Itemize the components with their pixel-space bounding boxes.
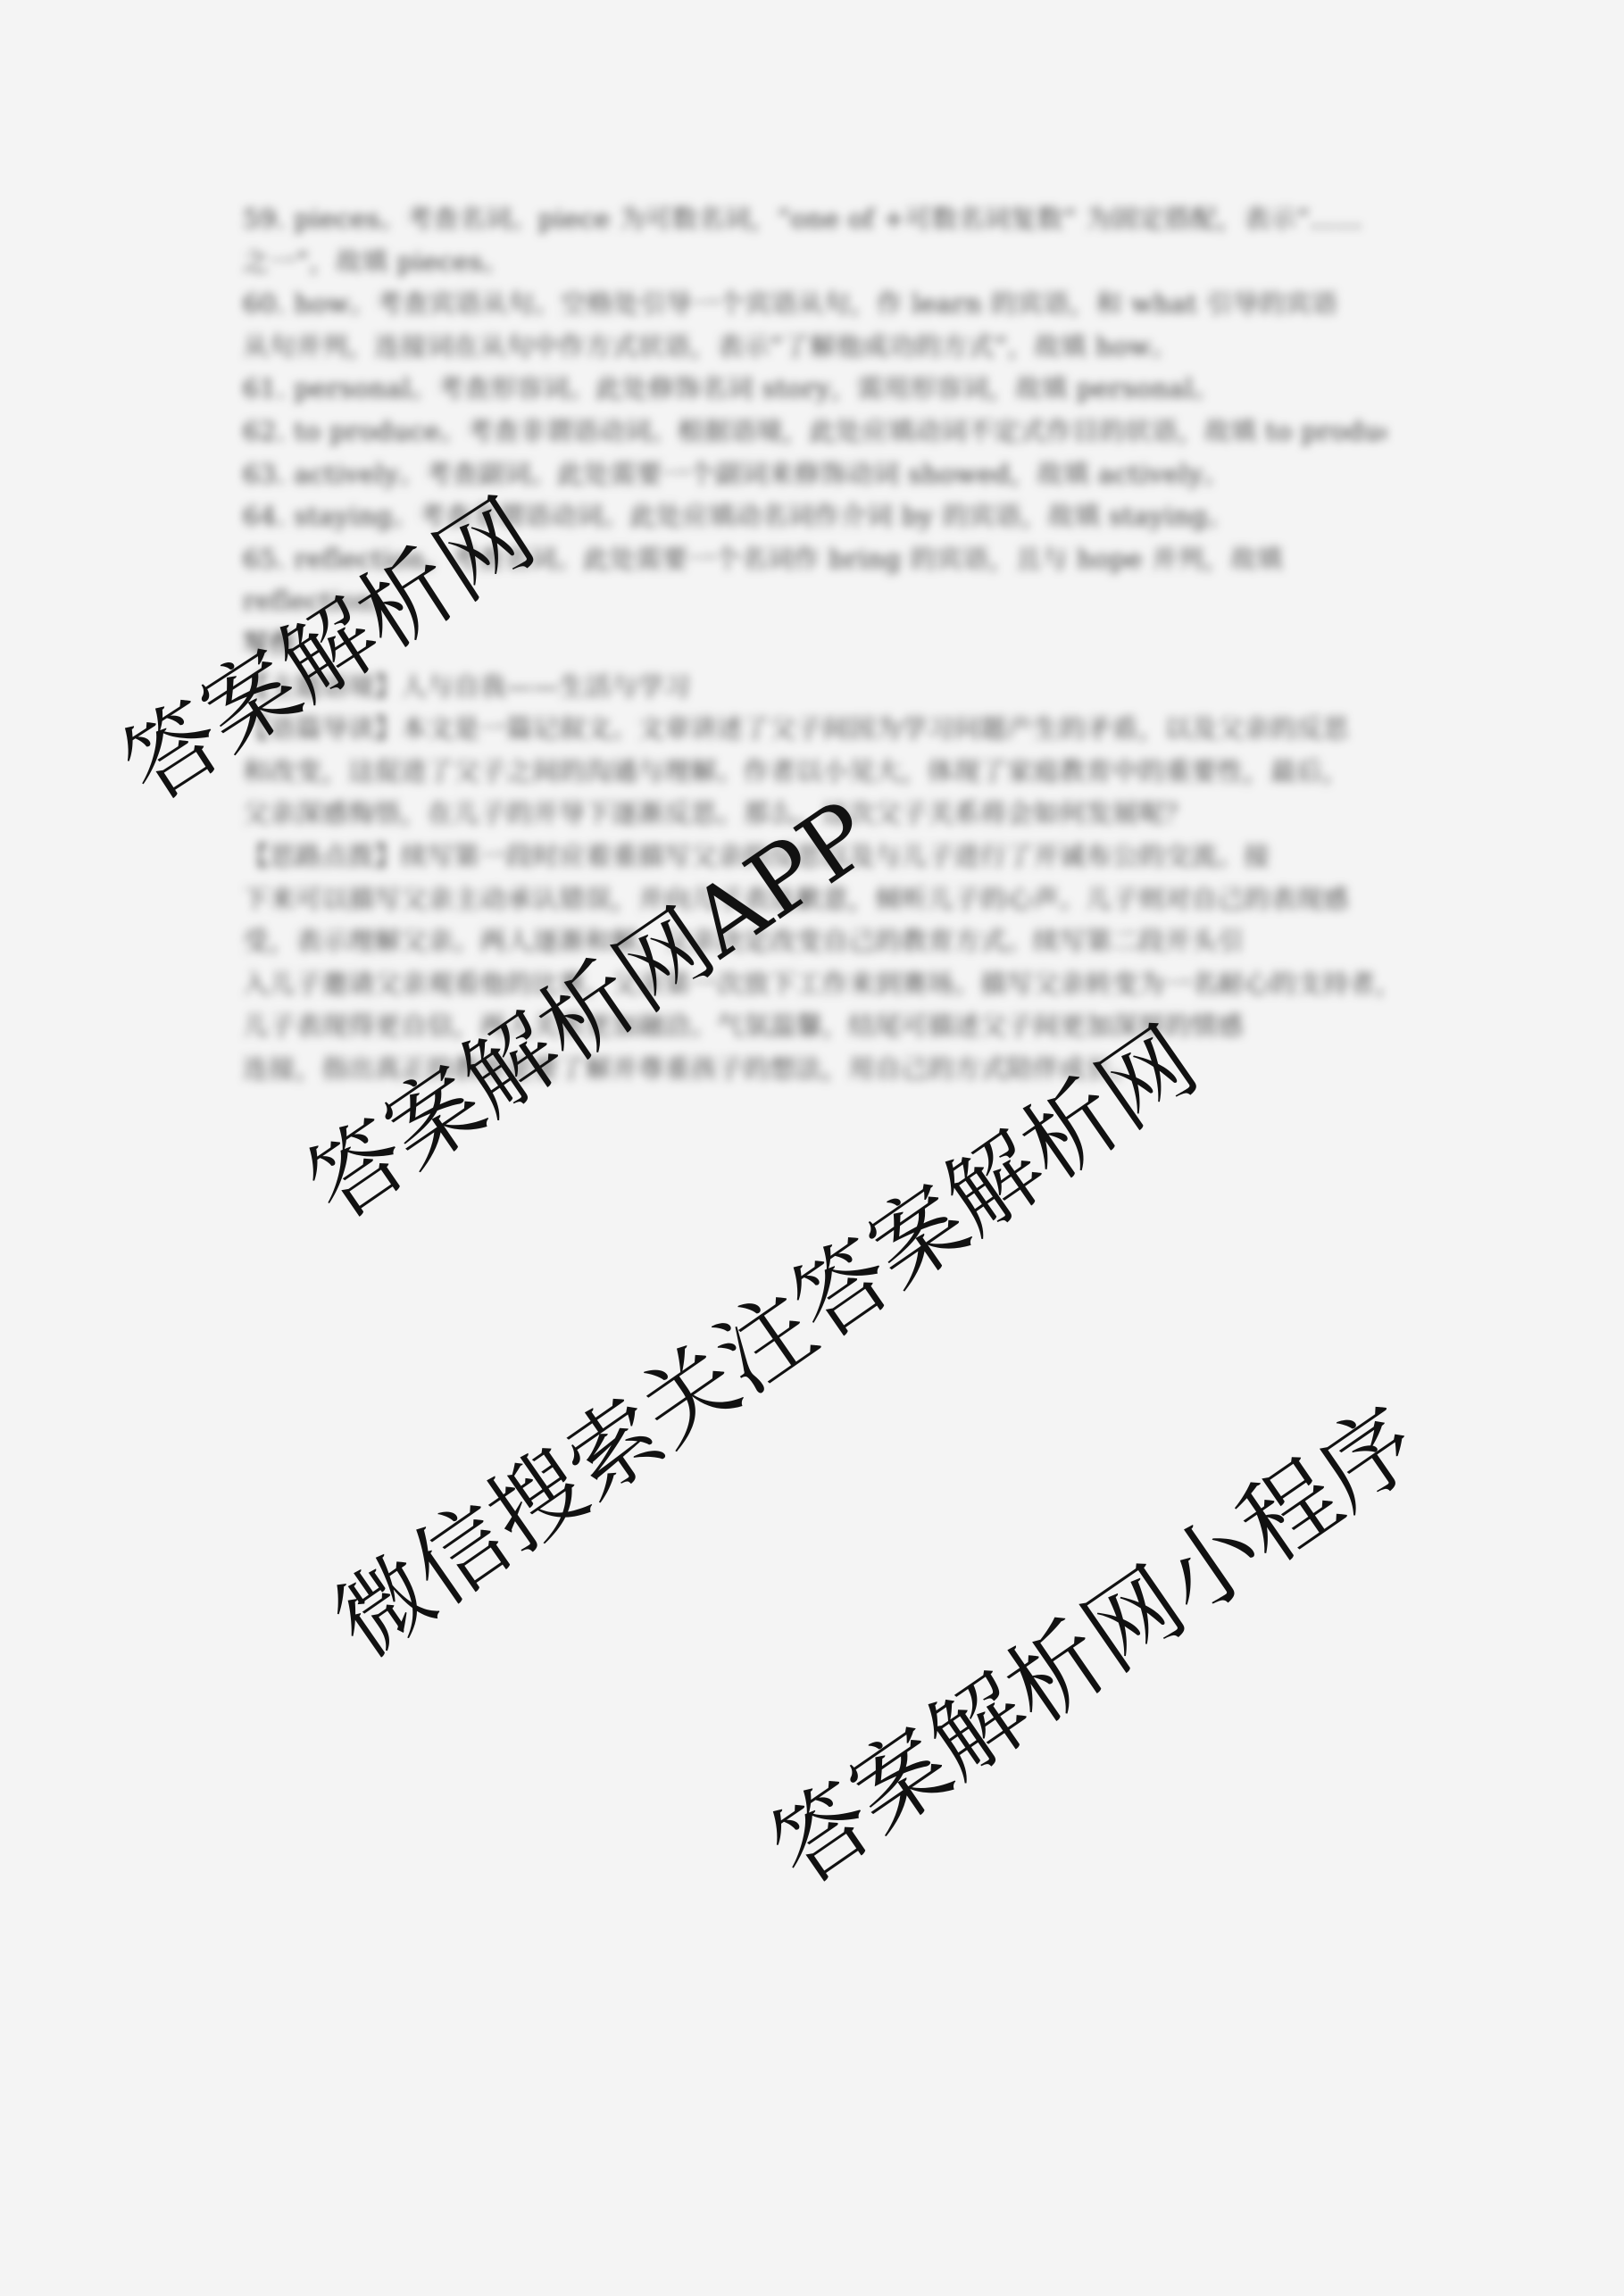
doc-line-59-cont: 之一”，故填 pieces。 (243, 241, 1386, 284)
doc-line-63: 63. actively。考查副词。此处需要一个副词来修饰动词 showed，故… (243, 453, 1386, 496)
doc-line-60: 60. how。考查宾语从句。空格处引导一个宾语从句，作 learn 的宾语，和… (243, 283, 1386, 326)
idea-tips-line-5: 儿子表现得更自信，两人关系更加融洽。气氛温馨，结尾可描述父子间更加深厚的情感 (243, 1005, 1386, 1048)
document-page: 59. pieces。考查名词。piece 为可数名词，“one of +可数名… (0, 0, 1624, 2296)
watermark-mini-program: 答案解析网小程序 (757, 1393, 1434, 1901)
doc-line-61: 61. personal。考查形容词。此处修饰名词 story，需用形容词，故填… (243, 368, 1386, 411)
passage-guide-line-1: 【语篇导读】本文是一篇记叙文。文章讲述了父子间因为学习问题产生的矛盾，以及父亲的… (243, 708, 1386, 751)
doc-line-59: 59. pieces。考查名词。piece 为可数名词，“one of +可数名… (243, 198, 1386, 241)
passage-guide-line-2: 和改变，这促进了父子之间的沟通与理解。作者以小见大，体现了家庭教育中的重要性，最… (243, 751, 1386, 794)
idea-tips-line-3: 受，表示理解父亲。两人逐渐和解，父亲决定改变自己的教育方式。续写第二段开头引 (243, 920, 1386, 963)
idea-tips-line-4: 入儿子邀请父亲观看他的比赛，父亲第一次放下工作来到赛场。描写父亲转变为一名耐心的… (243, 963, 1386, 1006)
doc-line-62: 62. to produce。考查非谓语动词。根据语境，此处应填动词不定式作目的… (243, 411, 1386, 453)
theme-context: 【主题语境】人与自我——生活与学习 (243, 666, 1386, 709)
doc-line-60-cont: 从句并列，连接词在从句中作方式状语，表示“了解他成功的方式”，故填 how。 (243, 326, 1386, 369)
